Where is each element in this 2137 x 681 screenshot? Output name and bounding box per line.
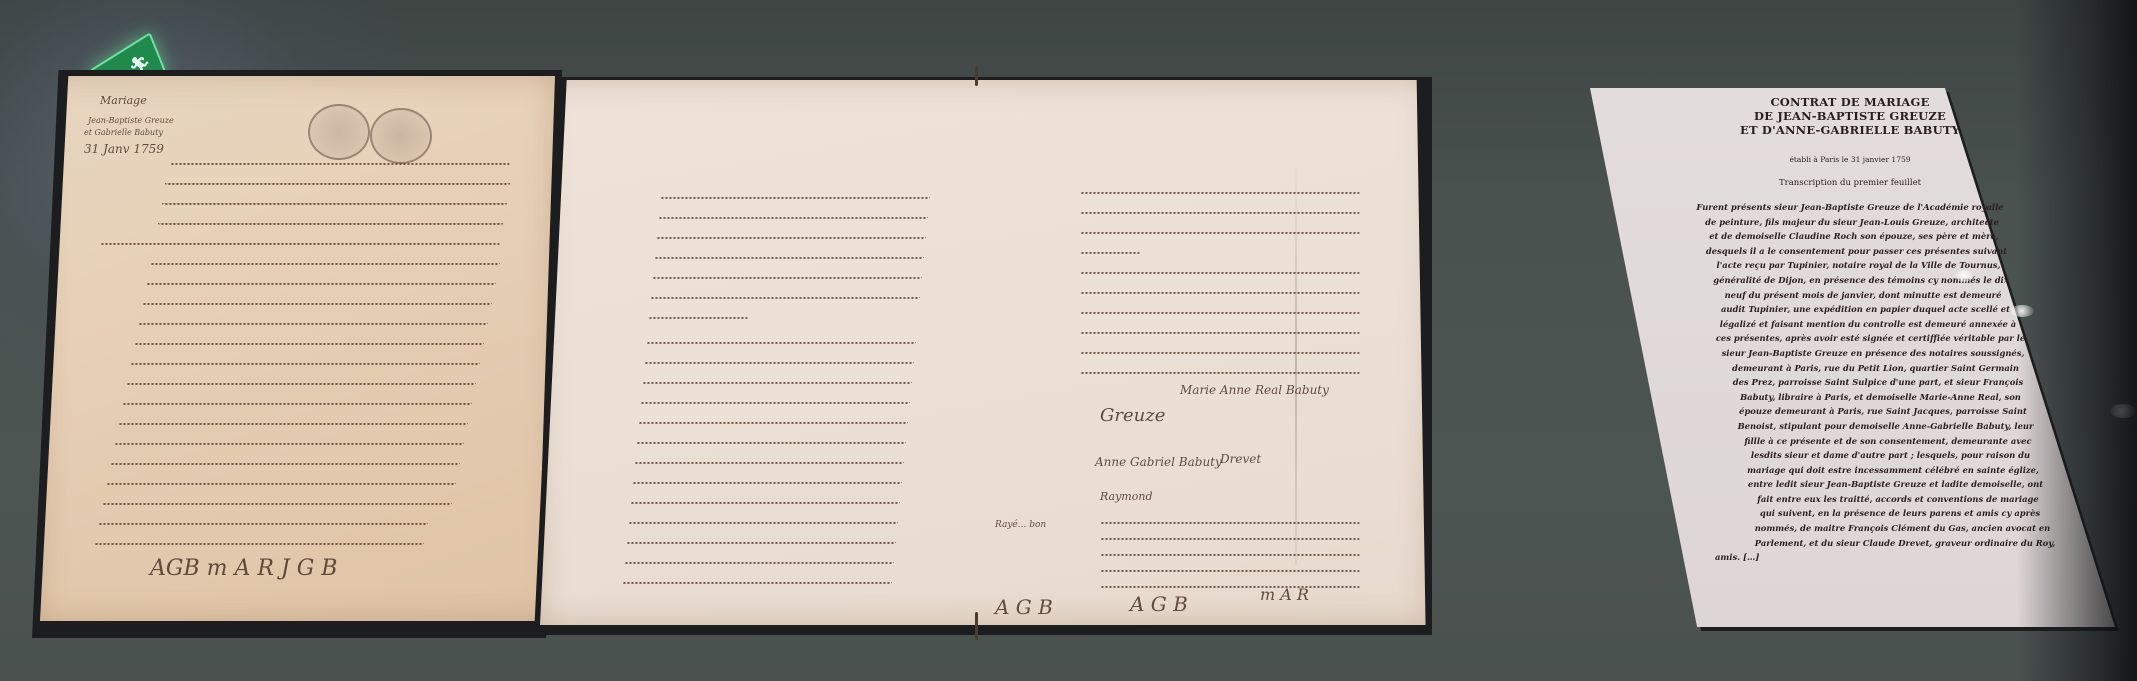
case-edge-shadow	[2017, 0, 2137, 681]
margin-note: et Gabrielle Babuty	[84, 128, 163, 137]
light-reflection	[1955, 270, 1973, 282]
page-fold	[1295, 160, 1297, 565]
left-manuscript-sheet: Mariage Jean-Baptiste Greuze et Gabriell…	[40, 76, 555, 621]
margin-date: 31 Janv 1759	[84, 142, 164, 156]
initials: A G B	[995, 595, 1053, 619]
signature: Anne Gabriel Babuty	[1095, 455, 1222, 469]
initials: A G B	[1130, 592, 1188, 616]
tax-stamp-seal	[308, 104, 370, 160]
signature: Greuze	[1100, 405, 1165, 426]
binding-string	[975, 612, 978, 640]
signature: Raymond	[1100, 490, 1153, 503]
tax-stamp-seal	[370, 108, 432, 164]
margin-note: Mariage	[100, 94, 147, 107]
signature: Marie Anne Real Babuty	[1180, 383, 1329, 397]
center-manuscript-bifolio: Marie Anne Real Babuty Greuze Anne Gabri…	[540, 80, 1430, 625]
signature: Drevet	[1220, 452, 1261, 466]
margin-note: Jean-Baptiste Greuze	[88, 116, 174, 125]
binding-string	[975, 66, 978, 86]
initials: m A R	[1260, 585, 1309, 604]
closing-initials: AGB m A R J G B	[150, 556, 337, 581]
marginal-note: Rayé... bon	[995, 520, 1046, 530]
